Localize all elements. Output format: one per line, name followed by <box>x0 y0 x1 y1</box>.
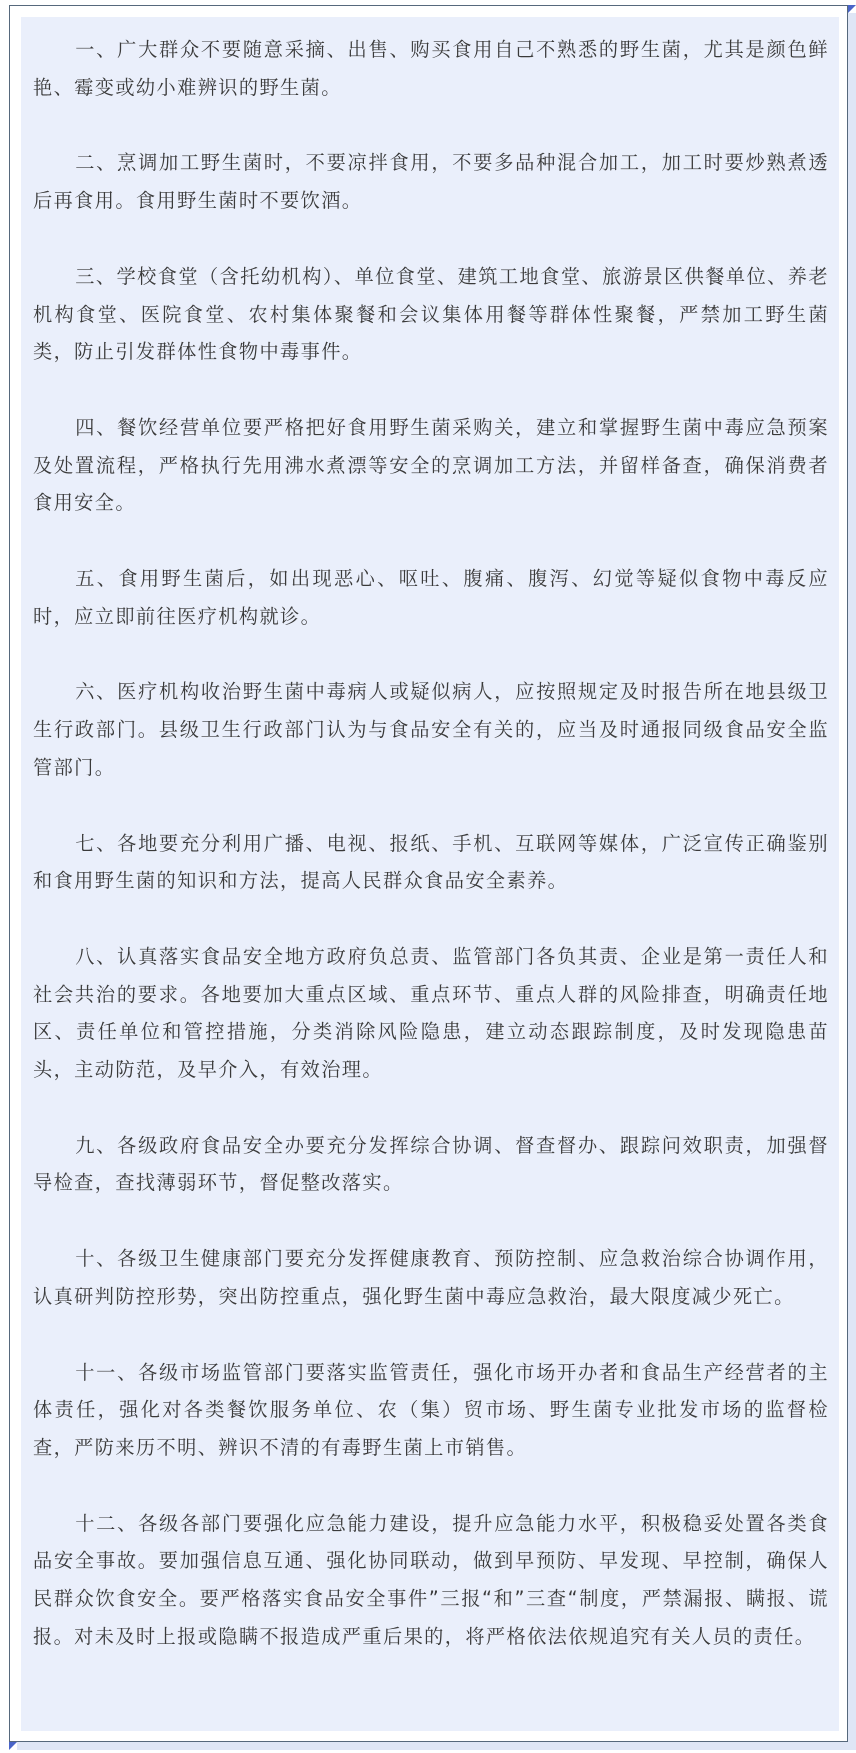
paragraph-12: 十二、各级各部门要强化应急能力建设，提升应急能力水平，积极稳妥处置各类食品安全事… <box>33 1505 829 1656</box>
corner-triangle-top-right <box>848 5 856 13</box>
paragraph-3: 三、学校食堂（含托幼机构）、单位食堂、建筑工地食堂、旅游景区供餐单位、养老机构食… <box>33 258 829 371</box>
document-body: 一、广大群众不要随意采摘、出售、购买食用自己不熟悉的野生菌，尤其是颜色鲜艳、霉变… <box>33 31 829 1694</box>
content-panel: 一、广大群众不要随意采摘、出售、购买食用自己不熟悉的野生菌，尤其是颜色鲜艳、霉变… <box>21 17 839 1731</box>
paragraph-11: 十一、各级市场监管部门要落实监管责任，强化市场开办者和食品生产经营者的主体责任，… <box>33 1354 829 1467</box>
document-frame: 一、广大群众不要随意采摘、出售、购买食用自己不熟悉的野生菌，尤其是颜色鲜艳、霉变… <box>9 5 848 1742</box>
paragraph-9: 九、各级政府食品安全办要充分发挥综合协调、督查督办、跟踪问效职责，加强督导检查，… <box>33 1127 829 1202</box>
corner-triangle-bottom-left <box>9 1742 17 1750</box>
paragraph-7: 七、各地要充分利用广播、电视、报纸、手机、互联网等媒体，广泛宣传正确鉴别和食用野… <box>33 825 829 900</box>
paragraph-1: 一、广大群众不要随意采摘、出售、购买食用自己不熟悉的野生菌，尤其是颜色鲜艳、霉变… <box>33 31 829 106</box>
paragraph-4: 四、餐饮经营单位要严格把好食用野生菌采购关，建立和掌握野生菌中毒应急预案及处置流… <box>33 409 829 522</box>
paragraph-10: 十、各级卫生健康部门要充分发挥健康教育、预防控制、应急救治综合协调作用，认真研判… <box>33 1240 829 1315</box>
paragraph-8: 八、认真落实食品安全地方政府负总责、监管部门各负其责、企业是第一责任人和社会共治… <box>33 938 829 1089</box>
paragraph-6: 六、医疗机构收治野生菌中毒病人或疑似病人，应按照规定及时报告所在地县级卫生行政部… <box>33 673 829 786</box>
paragraph-2: 二、烹调加工野生菌时，不要凉拌食用，不要多品种混合加工，加工时要炒熟煮透后再食用… <box>33 144 829 219</box>
paragraph-5: 五、食用野生菌后，如出现恶心、呕吐、腹痛、腹泻、幻觉等疑似食物中毒反应时，应立即… <box>33 560 829 635</box>
